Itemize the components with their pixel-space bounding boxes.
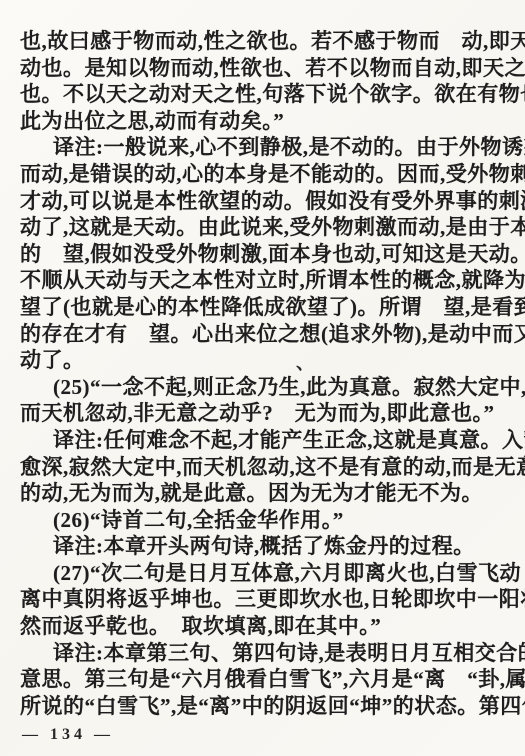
text-block: 也,故曰感于物而动,性之欲也。若不感于物而 动,即天之 动也。是知以物而动,性欲… xyxy=(20,28,507,719)
text-line: 离中真阴将返乎坤也。三更即坎水也,日轮即坎中一阳将赫 xyxy=(20,586,507,613)
text-line: 此为出位之思,动而有动矣。” xyxy=(20,108,507,135)
text-line: 不顺从天动与天之本性对立时,所谓本性的概念,就降为欲 xyxy=(20,267,507,294)
text-line: 的 望,假如没受外物刺激,面本身也动,可知这是天动。心 xyxy=(20,241,507,268)
scanned-book-page: 也,故曰感于物而动,性之欲也。若不感于物而 动,即天之 动也。是知以物而动,性欲… xyxy=(0,0,525,756)
page-number: — 134 — xyxy=(20,726,507,744)
text-line: 译注:一般说来,心不到静极,是不动的。由于外物诱惑 xyxy=(20,134,507,161)
text-line: 而动,是错误的动,心的本身是不能动的。因而,受外物刺激 xyxy=(20,161,507,188)
text-line: 所说的“白雪飞”,是“离”中的阴返回“坤”的状态。第四句是 xyxy=(20,693,507,720)
text-line: (25)“一念不起,则正念乃生,此为真意。寂然大定中, xyxy=(20,374,507,401)
text-line: 的存在才有 望。心出来位之想(追求外物),是动中而又有 xyxy=(20,321,507,348)
text-line: (26)“诗首二句,全括金华作用。” xyxy=(20,507,507,534)
text-line: 动了。 xyxy=(20,347,507,374)
text-line: 愈深,寂然大定中,而天机忽动,这不是有意的动,而是无意 xyxy=(20,454,507,481)
text-line: 动也。是知以物而动,性欲也、若不以物而自动,即天之动 xyxy=(20,55,507,82)
text-line: 而天机忽动,非无意之动乎? 无为而为,即此意也。” xyxy=(20,400,507,427)
text-line: 的动,无为而为,就是此意。因为无为才能无不为。 xyxy=(20,480,507,507)
text-line: 译注:任何难念不起,才能产生正念,这就是真意。入静 xyxy=(20,427,507,454)
text-line: 译注:本章开头两句诗,概括了炼金丹的过程。 xyxy=(20,533,507,560)
text-line: 然而返乎乾也。 取坎填离,即在其中。” xyxy=(20,613,507,640)
text-line: 也,故曰感于物而动,性之欲也。若不感于物而 动,即天之 xyxy=(20,28,507,55)
ink-mark: 、 xyxy=(296,349,314,375)
text-line: 译注:本章第三句、第四句诗,是表明日月互相交合的 xyxy=(20,640,507,667)
text-line: 意思。第三句是“六月俄看白雪飞”,六月是“离 “卦,属火。 xyxy=(20,666,507,693)
text-line: 望了(也就是心的本性降低成欲望了)。所谓 望,是看到物 xyxy=(20,294,507,321)
text-line: (27)“次二句是日月互体意,六月即离火也,白雪飞动 xyxy=(20,560,507,587)
text-line: 也。不以天之动对天之性,句落下说个欲字。欲在有物也。 xyxy=(20,81,507,108)
text-line: 动了,这就是天动。由此说来,受外物刺激而动,是由于本性 xyxy=(20,214,507,241)
text-line: 才动,可以说是本性欲望的动。假如没有受外界事的刺激而 xyxy=(20,188,507,215)
